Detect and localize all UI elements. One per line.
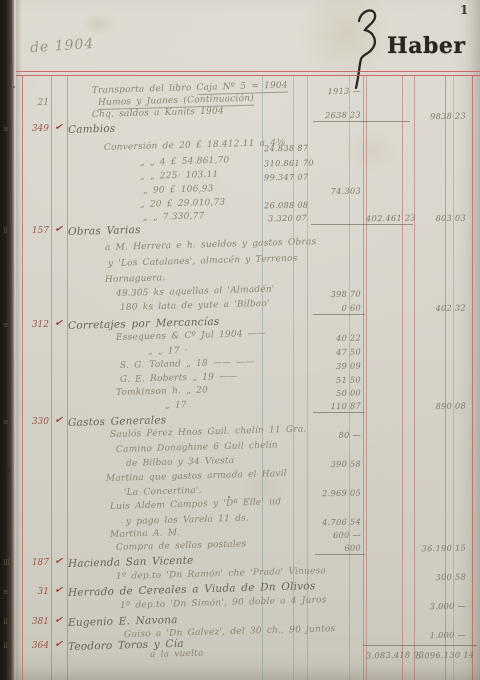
ledger-row: Ⅱ157✓Obras Varias (0, 226, 480, 240)
folio-number: 187 (26, 558, 49, 568)
entry-text: „ „ 4 £ 54.861,70 (140, 156, 230, 168)
amount-col-b: 600 (309, 543, 361, 554)
amount-col-c: 3.083.418 93 (366, 650, 412, 661)
folio-number: 381 (26, 617, 49, 627)
entry-text: Martina A. M. (110, 528, 181, 540)
entry-text: „ 17 (165, 400, 187, 411)
amount-col-b: 2.969 05 (309, 488, 361, 499)
amount-col-b: 398 70 (309, 289, 361, 300)
ledger-row: Essequens & Cº Jul 1904 ——40 22 (0, 333, 480, 347)
entry-text: „ 20 £ 29.010,73 (140, 198, 226, 210)
entry-title: Corretajes por Mercancías (68, 316, 220, 332)
total-underline (363, 645, 477, 646)
amount-col-d: 803 03 (416, 213, 466, 224)
ledger-row: y 'Los Catalanes', almacén y Terrenos (0, 259, 480, 273)
posting-mark: ≡ (3, 418, 9, 426)
ledger-row: „ 90 £ 106,9374.303 (0, 186, 480, 200)
check-mark-icon: ✓ (53, 584, 65, 596)
amount-col-a: 24.838 87 (264, 143, 307, 154)
ledger-row: „ 17110 87890 08 (0, 401, 480, 415)
posting-mark: ≡ (3, 125, 9, 133)
entry-text: 'La Concertina'. (124, 486, 202, 498)
amount-col-d: 3.000 — (416, 601, 466, 612)
posting-mark: Ⅲ (3, 559, 10, 567)
entry-text: „ 90 £ 106,93 (143, 184, 214, 196)
entry-title: Hacienda San Vicente (68, 554, 194, 570)
amount-col-b: 51 50 (309, 375, 361, 386)
amount-col-b: 40 22 (309, 333, 361, 344)
ledger-row: y pago los Varela 11 ds.4.706 54 (0, 517, 480, 531)
amount-col-b: 39 09 (309, 361, 361, 372)
amount-col-b: 50 00 (309, 388, 361, 399)
amount-col-b: 80 — (309, 430, 361, 441)
posting-mark: Ⅱ (3, 618, 8, 626)
folio-number: 312 (26, 320, 49, 330)
amount-col-b: 74.303 (309, 186, 361, 197)
check-mark-icon: ✓ (53, 555, 65, 567)
ledger-row: Camino Donaghine 6 Guil chelín (0, 445, 480, 459)
folio-number: 31 (26, 587, 49, 597)
check-mark-icon: ✓ (53, 121, 65, 133)
ledger-row: Tomkinson h. „ 2050 00 (0, 388, 480, 402)
check-mark-icon: ✓ (53, 317, 65, 329)
ledger-row: 180 ks lata de yute a 'Bilbao'0 60402 32 (0, 303, 480, 317)
ledger-row: ≡349✓Cambios (0, 124, 480, 138)
amount-col-b: 390 58 (309, 459, 361, 470)
ledger-row: „ „ 4 £ 54.861,70310.861 70 (0, 158, 480, 172)
ledger-row: Conversión de 20 £ 18.412.11 a 4⅜24.838 … (0, 143, 480, 157)
amount-col-b: 1913 — (309, 86, 361, 97)
amount-col-b: 110 87 (309, 401, 361, 412)
amount-col-a: 99.347 07 (264, 172, 307, 183)
posting-mark: ≡ (3, 321, 9, 329)
entry-text: y pago los Varela 11 ds. (126, 514, 249, 527)
amount-col-d: 402 32 (416, 303, 466, 314)
ledger-row: S. G. Toland „ 18 —— ——39 09 (0, 361, 480, 375)
amount-col-d: 9838 23 (416, 111, 466, 122)
entry-text: de Bilbao y 34 Viesta (126, 456, 235, 469)
ledger-row: Martina que gastos armada el Havil (0, 474, 480, 488)
amount-col-b: 4.706 54 (309, 517, 361, 528)
posting-mark: Ⅱ (3, 642, 8, 650)
ledger-row: 1º dep.to 'Dn Simón', 90 doble a 4 Juros… (0, 601, 480, 615)
amount-col-b: 0 60 (309, 303, 361, 314)
ledger-rows: Transporta del libro Caja Nº 5 = 1904191… (0, 0, 480, 680)
amount-col-b: 47 50 (309, 347, 361, 358)
ledger-row: G. E. Roberts „ 19 ——51 50 (0, 375, 480, 389)
entry-text: „ „ 17 · (148, 346, 188, 357)
entry-text: Hornaguera. (105, 273, 166, 285)
entry-title: Eugenio E. Navona (68, 614, 178, 629)
check-mark-icon: ✓ (53, 223, 65, 235)
amount-col-d: 1.000 — (416, 630, 466, 641)
entry-text: a la vuelta (150, 649, 204, 660)
amount-col-d: 300 58 (416, 572, 466, 583)
entry-title: Obras Varias (68, 224, 141, 238)
check-mark-icon: ✓ (53, 638, 65, 650)
amount-col-b: 600 — (309, 530, 361, 541)
folio-number: 330 (26, 417, 49, 427)
folio-number: 21 (26, 98, 49, 108)
check-mark-icon: ✓ (53, 414, 65, 426)
folio-number: 157 (26, 226, 49, 236)
ledger-row: „ „ 225· 103.1199.347 07 (0, 172, 480, 186)
folio-number: 349 (26, 124, 49, 134)
amount-col-d: 890 08 (416, 401, 466, 412)
amount-col-d: 3.096.130 14 (416, 650, 466, 661)
posting-mark: Ⅱ (3, 227, 8, 235)
posting-mark: ≡ (3, 588, 9, 596)
ledger-row: Compra de sellos postales60036.190 15 (0, 543, 480, 557)
entry-text: „ „ 225· 103.11 (140, 170, 219, 182)
total-underline (315, 554, 365, 555)
entry-text: „ „ 7.330,77 (143, 211, 205, 223)
amount-col-d: 36.190 15 (416, 543, 466, 554)
total-underline (311, 224, 413, 225)
amount-col-a: 3.320 07 (264, 213, 307, 224)
check-mark-icon: ✓ (53, 614, 65, 626)
amount-col-a: 26.088 08 (264, 200, 307, 211)
amount-col-a: 310.861 70 (264, 158, 307, 169)
total-underline (313, 412, 365, 413)
ledger-page: 1 de 1904 Haber Transporta del libro Caj… (0, 0, 480, 680)
amount-col-c: 402.461 23 (366, 213, 412, 224)
entry-text: G. E. Roberts „ 19 —— (120, 372, 238, 385)
entry-title: Gastos Generales (68, 414, 167, 429)
ledger-row: a la vuelta3.083.418 933.096.130 14 (0, 650, 480, 664)
entry-text: Conversión de 20 £ 18.412.11 a 4⅜ (104, 138, 285, 153)
entry-text: Tomkinson h. „ 20 (116, 385, 208, 398)
total-underline (313, 314, 365, 315)
entry-text: Transporta del libro Caja Nº 5 = 1904 (92, 81, 288, 96)
entry-title: Cambios (68, 123, 116, 136)
